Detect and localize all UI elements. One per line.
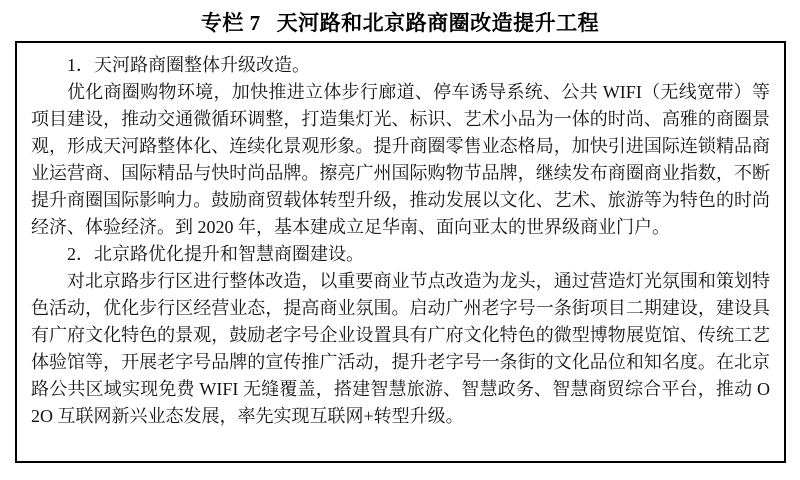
column-number-label: 专栏 7: [201, 11, 261, 35]
section-body-1: 优化商圈购物环境，加快推进立体步行廊道、停车诱导系统、公共 WIFI（无线宽带）…: [31, 79, 770, 241]
section-heading-1: 1．天河路商圈整体升级改造。: [31, 52, 770, 79]
document-page: { "title": { "label": "专栏 7", "text": "天…: [0, 0, 800, 480]
section-heading-2: 2．北京路优化提升和智慧商圈建设。: [31, 241, 770, 268]
column-content-box: 1．天河路商圈整体升级改造。 优化商圈购物环境，加快推进立体步行廊道、停车诱导系…: [15, 41, 786, 463]
column-title-text: 天河路和北京路商圈改造提升工程: [277, 11, 600, 35]
page-title: 专栏 7天河路和北京路商圈改造提升工程: [0, 0, 800, 37]
section-body-2: 对北京路步行区进行整体改造，以重要商业节点改造为龙头，通过营造灯光氛围和策划特色…: [31, 268, 770, 430]
